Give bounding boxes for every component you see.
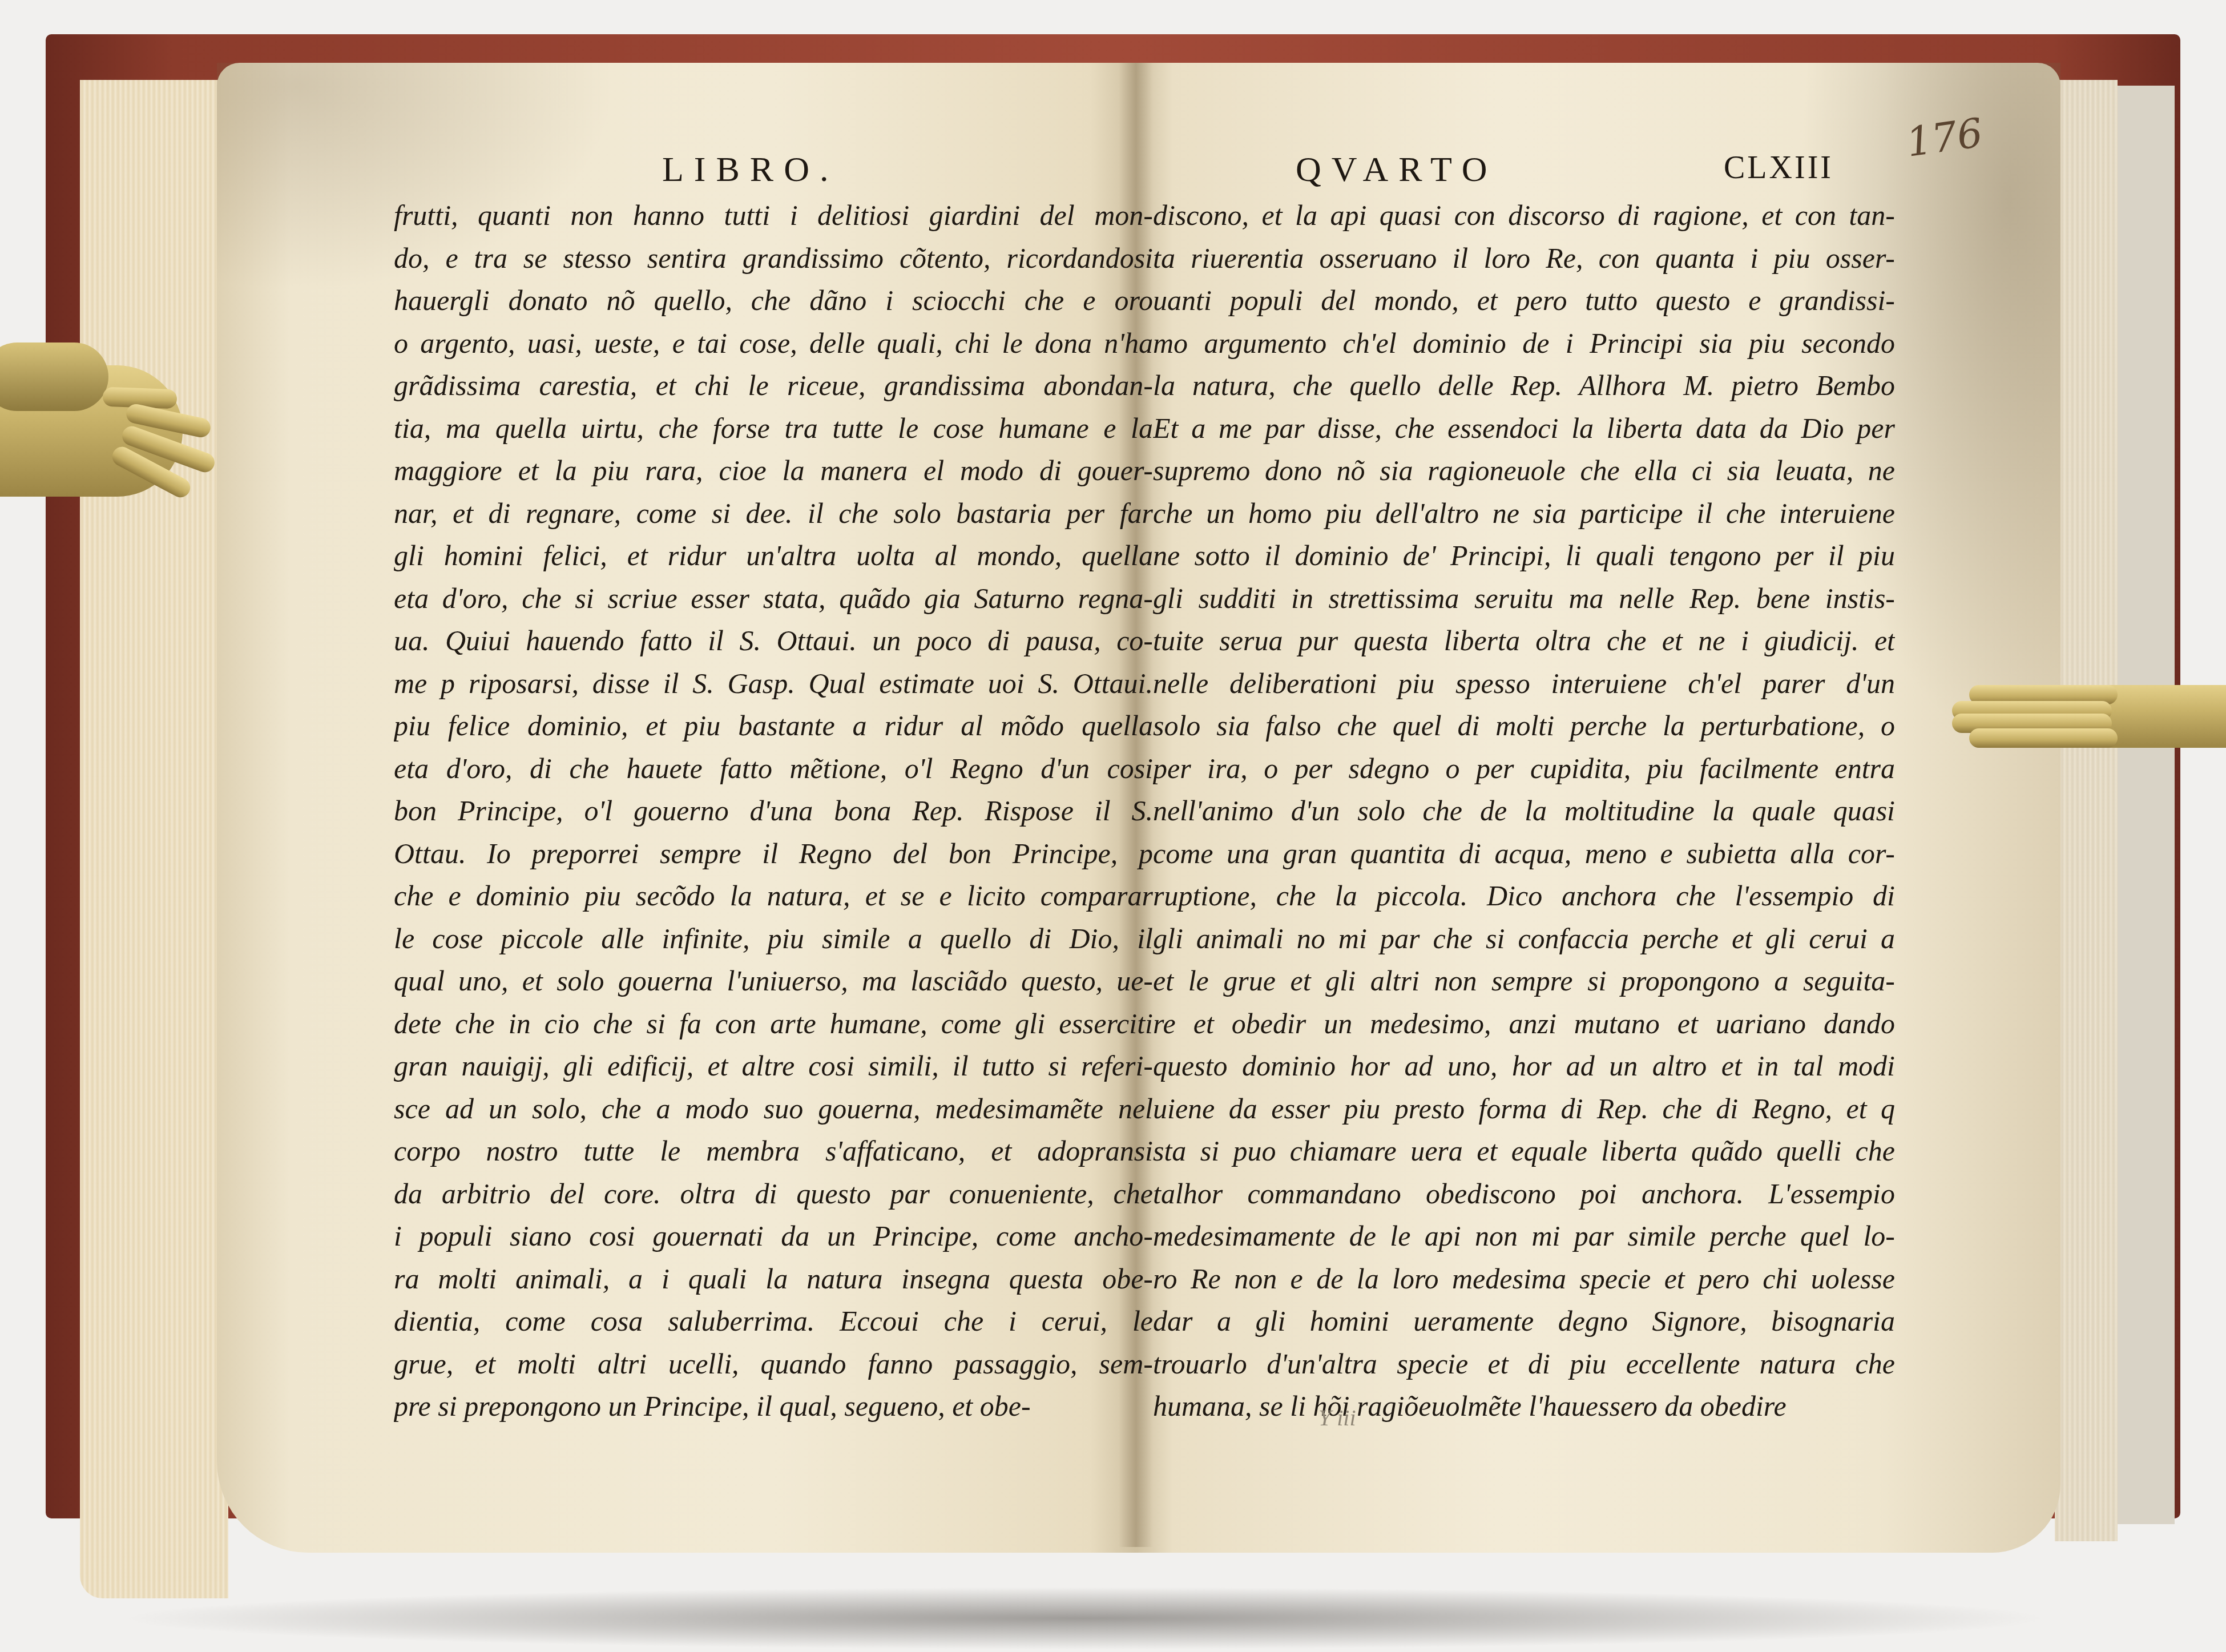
text-line: dete che in cio che si fa con arte human… bbox=[394, 1002, 1153, 1045]
text-line: nelle deliberationi piu spesso interuien… bbox=[1153, 662, 1895, 705]
text-line: corpo nostro tutte le membra s'affatican… bbox=[394, 1130, 1153, 1172]
text-line: piu felice dominio, et piu bastante a ri… bbox=[394, 704, 1153, 747]
page-block-left bbox=[80, 80, 228, 1598]
text-line: gli animali no mi par che si confaccia p… bbox=[1153, 917, 1895, 960]
text-line: pre si prepongono un Principe, il qual, … bbox=[394, 1385, 1153, 1428]
text-line: eta d'oro, di che hauete fatto mẽtione, … bbox=[394, 747, 1153, 790]
hand-cuff-icon bbox=[0, 343, 108, 411]
text-line: uiene da esser piu presto forma di Rep. … bbox=[1153, 1087, 1895, 1130]
text-line: solo sia falso che quel di molti perche … bbox=[1153, 704, 1895, 747]
text-line: questo dominio hor ad uno, hor ad un alt… bbox=[1153, 1045, 1895, 1087]
text-line: qual uno, et solo gouerna l'uniuerso, ma… bbox=[394, 960, 1153, 1002]
text-line: grãdissima carestia, et chi le riceue, g… bbox=[394, 364, 1153, 407]
text-line: uanti populi del mondo, et pero tutto qu… bbox=[1153, 279, 1895, 322]
text-line: talhor commandano obediscono poi anchora… bbox=[1153, 1172, 1895, 1215]
text-line: dar a gli homini ueramente degno Signore… bbox=[1153, 1300, 1895, 1343]
text-line: medesimamente de le api non mi par simil… bbox=[1153, 1215, 1895, 1258]
text-line: maggiore et la piu rara, cioe la manera … bbox=[394, 449, 1153, 492]
running-head-left: LIBRO. bbox=[662, 150, 839, 190]
text-line: ta riuerentia osseruano il loro Re, con … bbox=[1153, 237, 1895, 280]
text-line: supremo dono nõ sia ragioneuole che ella… bbox=[1153, 449, 1895, 492]
book-shadow bbox=[114, 1587, 2055, 1650]
text-line: sce ad un solo, che a modo suo gouerna, … bbox=[394, 1087, 1153, 1130]
text-line: gli sudditi in strettissima seruitu ma n… bbox=[1153, 577, 1895, 620]
text-line: Ottau. Io preporrei sempre il Regno del … bbox=[394, 832, 1153, 875]
text-line: gli homini felici, et ridur un'altra uol… bbox=[394, 534, 1153, 577]
text-line: et le grue et gli altri non sempre si pr… bbox=[1153, 960, 1895, 1002]
text-line: gran nauigij, gli edificij, et altre cos… bbox=[394, 1045, 1153, 1087]
text-line: che e dominio piu secõdo la natura, et s… bbox=[394, 875, 1153, 917]
signature-mark: Y iii bbox=[1318, 1404, 1356, 1431]
text-line: trouarlo d'un'altra specie et di piu ecc… bbox=[1153, 1343, 1895, 1385]
brass-hand-clip-left bbox=[0, 320, 342, 617]
text-line: me p riposarsi, disse il S. Gasp. Qual e… bbox=[394, 662, 1153, 705]
text-line: mo argumento ch'el dominio de i Principi… bbox=[1153, 322, 1895, 365]
text-line: bon Principe, o'l gouerno d'una bona Rep… bbox=[394, 789, 1153, 832]
text-line: nell'animo d'un solo che de la moltitudi… bbox=[1153, 789, 1895, 832]
text-line: la natura, che quello delle Rep. Allhora… bbox=[1153, 364, 1895, 407]
text-line: do, e tra se stesso sentira grandissimo … bbox=[394, 237, 1153, 280]
text-line: eta d'oro, che si scriue esser stata, qu… bbox=[394, 577, 1153, 620]
text-line: ruptione, che la piccola. Dico anchora c… bbox=[1153, 875, 1895, 917]
text-line: ne sotto il dominio de' Principi, li qua… bbox=[1153, 534, 1895, 577]
left-text-column: frutti, quanti non hanno tutti i delitio… bbox=[394, 194, 1153, 1428]
text-line: i populi siano cosi gouernati da un Prin… bbox=[394, 1215, 1153, 1258]
text-line: ua. Quiui hauendo fatto il S. Ottaui. un… bbox=[394, 619, 1153, 662]
text-line: ra molti animali, a i quali la natura in… bbox=[394, 1258, 1153, 1300]
text-line: per ira, o per sdegno o per cupidita, pi… bbox=[1153, 747, 1895, 790]
text-line: frutti, quanti non hanno tutti i delitio… bbox=[394, 194, 1153, 237]
text-line: re et obedir un medesimo, anzi mutano et… bbox=[1153, 1002, 1895, 1045]
brass-hand-clip-right bbox=[1952, 685, 2226, 902]
text-line: tuite serua pur questa liberta oltra che… bbox=[1153, 619, 1895, 662]
text-line: le cose piccole alle infinite, piu simil… bbox=[394, 917, 1153, 960]
text-line: grue, et molti altri ucelli, quando fann… bbox=[394, 1343, 1153, 1385]
folio-number: CLXIII bbox=[1724, 150, 1833, 186]
text-line: tia, ma quella uirtu, che forse tra tutt… bbox=[394, 407, 1153, 450]
text-line: humana, se li hõi ragiõeuolmẽte l'hauess… bbox=[1153, 1385, 1895, 1428]
text-line: o argento, uasi, ueste, e tai cose, dell… bbox=[394, 322, 1153, 365]
text-line: ro Re non e de la loro medesima specie e… bbox=[1153, 1258, 1895, 1300]
text-line: da arbitrio del core. oltra di questo pa… bbox=[394, 1172, 1153, 1215]
text-line: come una gran quantita di acqua, meno e … bbox=[1153, 832, 1895, 875]
text-line: Et a me par disse, che essendoci la libe… bbox=[1153, 407, 1895, 450]
right-text-column: discono, et la api quasi con discorso di… bbox=[1153, 194, 1895, 1428]
text-line: discono, et la api quasi con discorso di… bbox=[1153, 194, 1895, 237]
text-line: hauergli donato nõ quello, che dãno i sc… bbox=[394, 279, 1153, 322]
text-line: nar, et di regnare, come si dee. il che … bbox=[394, 492, 1153, 535]
text-line: sta si puo chiamare uera et equale liber… bbox=[1153, 1130, 1895, 1172]
text-line: che un homo piu dell'altro ne sia partic… bbox=[1153, 492, 1895, 535]
text-line: dientia, come cosa saluberrima. Eccoui c… bbox=[394, 1300, 1153, 1343]
finger-icon bbox=[1969, 728, 2118, 748]
running-head-right: QVARTO bbox=[1296, 150, 1498, 190]
